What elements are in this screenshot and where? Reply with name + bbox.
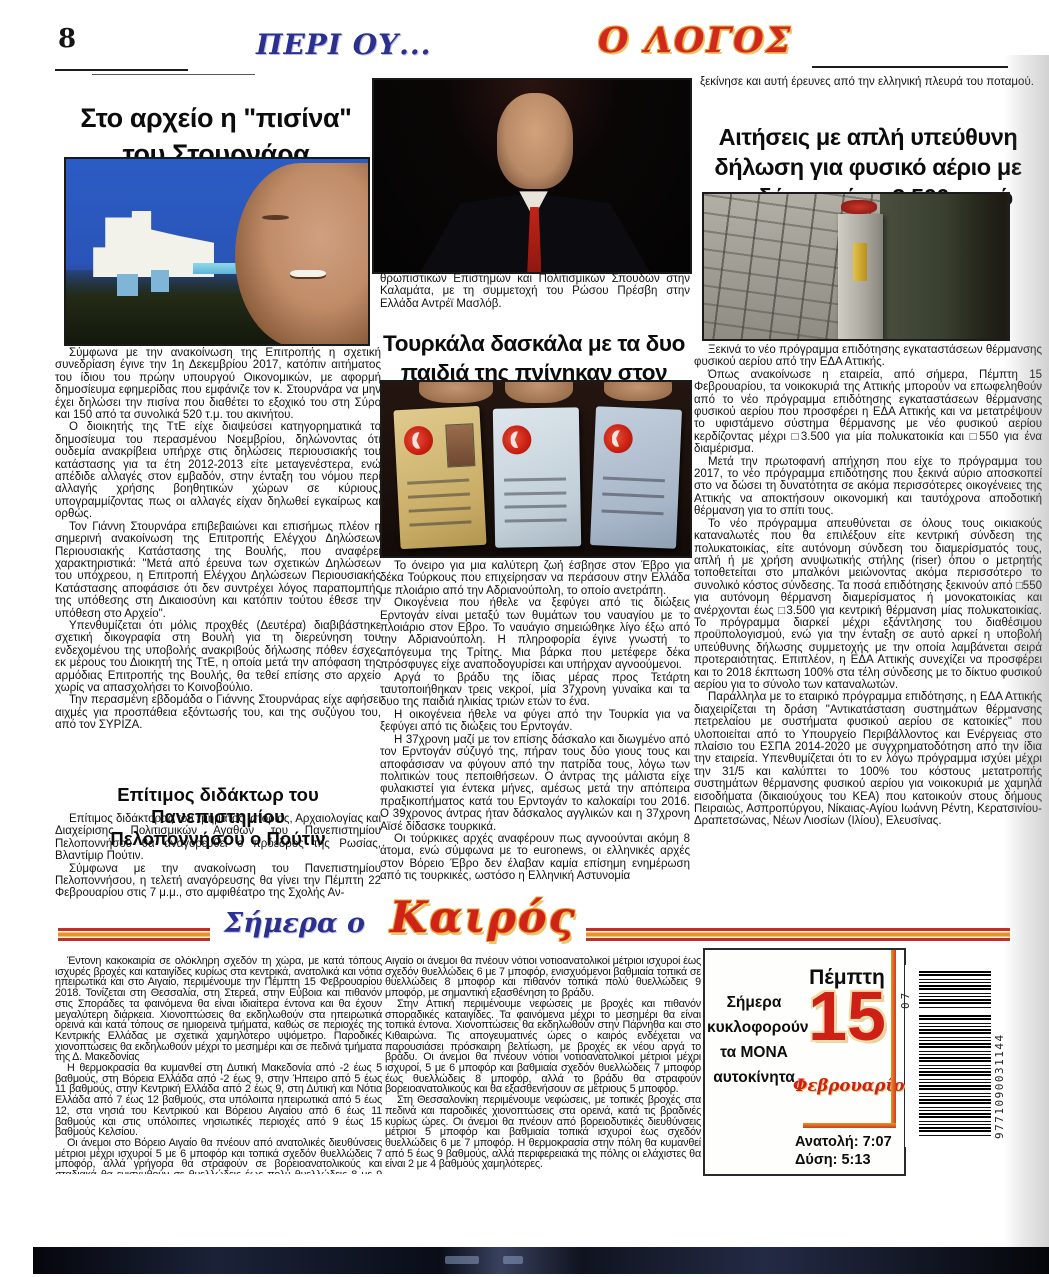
paragraph: Το όνειρο για μια καλύτερη ζωή έσβησε στ… <box>380 560 690 597</box>
weather-header-prefix: Σήμερα ο <box>224 908 365 939</box>
paragraph: Το νέο πρόγραμμα απευθύνεται σε όλους το… <box>694 518 1042 692</box>
paragraph: Υπενθυμίζεται ότι μόλις προχθές (Δευτέρα… <box>55 620 381 694</box>
turkish-crescent-emblem <box>502 425 532 455</box>
header-rule-left-thin <box>92 74 255 75</box>
paragraph: Αιγαίο οι άνεμοι θα πνέουν νότιοι νοτιοα… <box>385 956 701 999</box>
page-number: 8 <box>58 24 76 54</box>
barcode-number: 9771090031144 <box>993 969 1006 1139</box>
headline-line: Αιτήσεις με απλή υπεύθυνη <box>719 124 1018 150</box>
paragraph: Όπως ανακοίνωσε η εταιρεία, από σήμερα, … <box>694 369 1042 456</box>
paragraph: Μετά την πρωτοφανή απήχηση που είχε το π… <box>694 456 1042 518</box>
barcode-issue-digits: 07 <box>899 990 912 1009</box>
paragraph: Στη Θεσσαλονίκη περιμένουμε νεφώσεις, με… <box>385 1095 701 1170</box>
turkish-crescent-emblem <box>603 423 634 454</box>
weather-column-1: Έντονη κακοκαιρία σε ολόκληρη σχεδόν τη … <box>55 956 382 1174</box>
face-eye-shape <box>262 215 289 221</box>
paragraph: Αργά το βράδυ της ίδιας μέρας προς Τετάρ… <box>380 672 690 709</box>
bottom-scan-bar <box>33 1247 1049 1274</box>
paragraph: Σύμφωνα με την ανακοίνωση του Πανεπιστημ… <box>55 863 381 900</box>
paragraph: Οικογένεια που ήθελε να ξεφύγει από τις … <box>380 597 690 671</box>
calendar-date: 15 <box>799 976 895 1056</box>
putin-article-continuation: θρωπιστικών Επιστημών και Πολιτισμικών Σ… <box>380 273 690 315</box>
header-rule-right <box>812 66 1008 68</box>
paragraph: Η θερμοκρασία θα κυμανθεί στη Δυτική Μακ… <box>55 1063 382 1138</box>
putin-face-shape <box>497 93 573 189</box>
paragraph: Οι τούρκικες αρχές αναφέρουν πως αγνοούν… <box>380 833 690 883</box>
turkish-id-cards-photo <box>380 380 692 558</box>
paragraph: Η 37χρονη μαζί με τον επίσης δάσκαλο και… <box>380 734 690 833</box>
masthead-series-title: ΠΕΡΙ ΟΥ... <box>256 28 431 61</box>
paragraph: Τον Γιάννη Στουρνάρα επιβεβαιώνει και επ… <box>55 521 381 620</box>
villa-window-shape <box>117 274 138 296</box>
id-card-shape <box>493 407 582 548</box>
paragraph: Οι άνεμοι στο Βόρειο Αιγαίο θα πνέουν απ… <box>55 1138 382 1174</box>
id-card-shape <box>590 406 682 549</box>
hand-shape <box>505 380 573 403</box>
scan-bar-highlight <box>503 1256 523 1264</box>
headline-line: Τουρκάλα δασκάλα με τα δυο <box>383 331 685 356</box>
gas-article-body: Ξεκινά το νέο πρόγραμμα επιδότησης εγκατ… <box>694 344 1042 934</box>
paragraph: Σύμφωνα με την ανακοίνωση της Επιτροπής … <box>55 347 381 421</box>
headline-line: Στο αρχείο η "πισίνα" <box>80 103 351 133</box>
stournaras-face-shape <box>235 163 370 346</box>
gas-installation-photo <box>702 192 1010 341</box>
barcode-bars-main <box>919 1015 991 1137</box>
sunset-time: Δύση: 5:13 <box>795 1152 899 1168</box>
notice-line: κυκλοφορούν <box>707 1015 801 1040</box>
putin-photo <box>372 78 692 274</box>
paragraph: θρωπιστικών Επιστημών και Πολιτισμικών Σ… <box>380 273 690 310</box>
paragraph: Ο διοικητής της ΤτΕ είχε διαψεύσει κατηγ… <box>55 421 381 520</box>
putin-article-body: Επίτιμος διδάκτορας του τμήματος Ιστορία… <box>55 813 381 910</box>
notice-line: Σήμερα <box>707 990 801 1015</box>
weather-column-2: Αιγαίο οι άνεμοι θα πνέουν νότιοι νοτιοα… <box>385 956 701 1188</box>
header-rule-left <box>55 69 188 71</box>
paragraph: Επίτιμος διδάκτορας του τμήματος Ιστορία… <box>55 813 381 863</box>
weather-divider-stripe-right <box>586 928 1010 941</box>
villa-stournaras-photo <box>64 157 370 346</box>
hand-shape <box>419 380 493 403</box>
paragraph: Την περασμένη εβδομάδα ο Γιάννης Στουρνά… <box>55 694 381 731</box>
calendar-corner-line-horizontal <box>803 1123 896 1128</box>
masthead-logo: Ο ΛΟΓΟΣ <box>598 20 792 61</box>
evros-article-body: Το όνειρο για μια καλύτερη ζωή έσβησε στ… <box>380 560 690 908</box>
paragraph: ξεκίνησε και αυτή έρευνες από την ελληνι… <box>700 76 1042 88</box>
weather-divider-stripe-left <box>58 928 210 941</box>
face-smile-shape <box>290 270 326 277</box>
turkish-crescent-emblem <box>403 425 434 456</box>
villa-window-shape <box>151 270 169 292</box>
paragraph: Στην Αττική περιμένουμε νεφώσεις με βροχ… <box>385 999 701 1095</box>
daily-info-box: Σήμερα κυκλοφορούν τα ΜΟΝΑ αυτοκίνητα Πέ… <box>703 948 906 1176</box>
paragraph: Η οικογένεια ήθελε να φύγει από την Τουρ… <box>380 709 690 734</box>
issue-barcode: 07 9771090031144 <box>905 965 1007 1147</box>
gas-pipe-shape <box>853 243 867 281</box>
barcode-bars-top <box>919 971 991 1009</box>
calendar-corner-line-vertical <box>891 950 896 1128</box>
notice-line: τα ΜΟΝΑ <box>707 1040 801 1065</box>
odd-even-traffic-notice: Σήμερα κυκλοφορούν τα ΜΟΝΑ αυτοκίνητα <box>707 990 801 1090</box>
sunrise-time: Ανατολή: 7:07 <box>795 1134 899 1150</box>
scan-bar-highlight <box>445 1256 479 1264</box>
paragraph: Ξεκινά το νέο πρόγραμμα επιδότησης εγκατ… <box>694 344 1042 369</box>
pool-article-body: Σύμφωνα με την ανακοίνωση της Επιτροπής … <box>55 347 381 769</box>
id-card-shape <box>394 406 487 550</box>
weather-header-title: Καιρός <box>390 893 577 943</box>
paragraph: Έντονη κακοκαιρία σε ολόκληρη σχεδόν τη … <box>55 956 382 1063</box>
hand-shape <box>604 380 672 401</box>
headline-line: δήλωση για φυσικό αέριο με <box>714 154 1021 180</box>
calendar-month: Φεβρουαρίου <box>793 1076 901 1095</box>
dark-background-shape <box>947 194 1008 339</box>
evros-article-continuation: ξεκίνησε και αυτή έρευνες από την ελληνι… <box>700 76 1042 106</box>
notice-line: αυτοκίνητα <box>707 1065 801 1090</box>
id-portrait-shape <box>446 423 476 468</box>
paragraph: Παράλληλα με το εταιρικό πρόγραμμα επιδό… <box>694 691 1042 827</box>
gas-valve-shape <box>841 200 877 215</box>
